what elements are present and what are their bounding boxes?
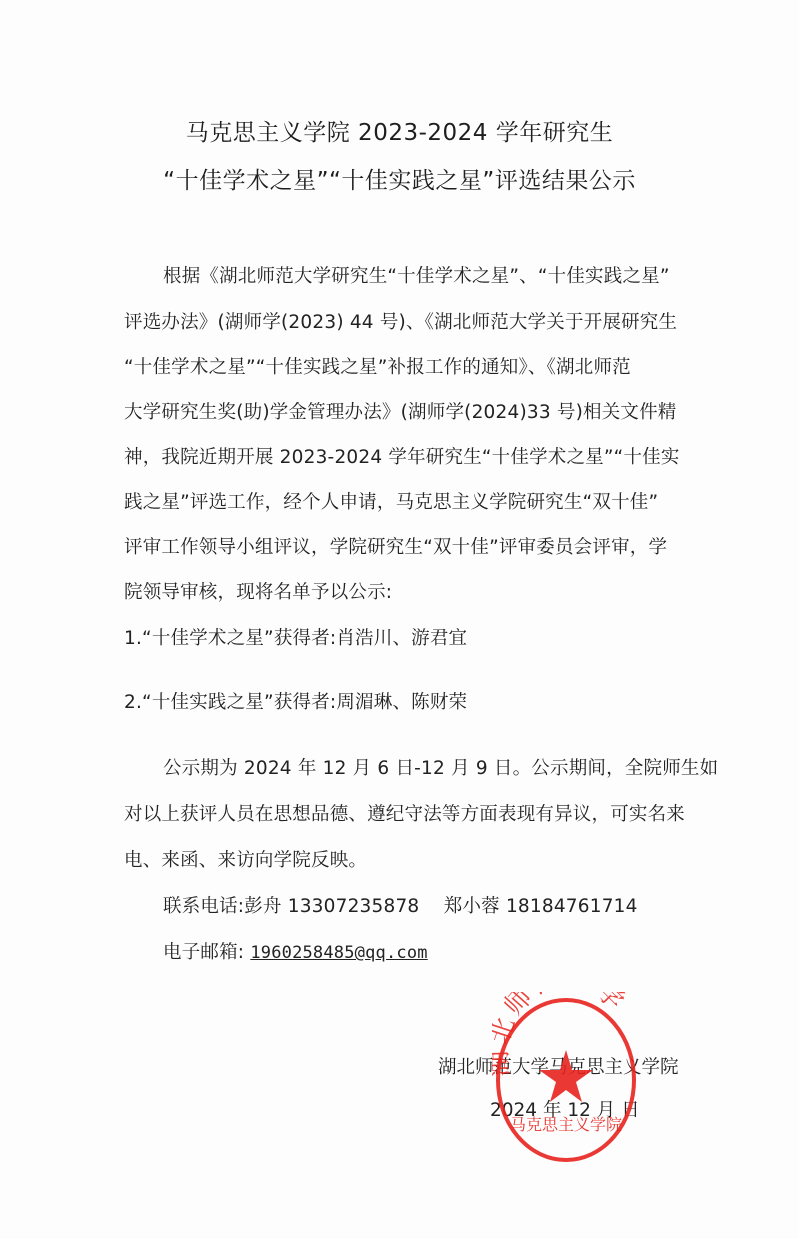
email-link[interactable]: 1960258485@qq.com <box>250 943 427 963</box>
signature-date: 2024 年 12 月 日 <box>490 1096 640 1122</box>
body-line: 院领导审核，现将名单予以公示: <box>124 578 684 604</box>
notice-page: 马克思主义学院 2023-2024 学年研究生 “十佳学术之星”“十佳实践之星”… <box>0 0 799 1239</box>
body-line: 根据《湖北师范大学研究生“十佳学术之星”、“十佳实践之星” <box>163 262 723 288</box>
contact-phone-line: 联系电话:彭舟 13307235878 郑小蓉 18184761714 <box>163 892 723 918</box>
contact-phone-1: 13307235878 <box>288 896 420 917</box>
signature-organization: 湖北师范大学马克思主义学院 <box>438 1053 679 1079</box>
contact-person-2: 郑小蓉 <box>444 896 500 917</box>
result-practice-star: 2.“十佳实践之星”获得者:周湄琳、陈财荣 <box>124 688 684 714</box>
phone-label: 联系电话: <box>163 896 244 917</box>
body-line: “十佳学术之星”“十佳实践之星”补报工作的通知》、《湖北师范 <box>124 353 684 379</box>
result-label: 1.“十佳学术之星”获得者: <box>124 628 336 649</box>
contact-phone-2: 18184761714 <box>506 896 638 917</box>
body-line: 神，我院近期开展 2023-2024 学年研究生“十佳学术之星”“十佳实 <box>124 443 684 469</box>
result-label: 2.“十佳实践之星”获得者: <box>124 692 336 713</box>
email-label: 电子邮箱: <box>163 942 250 963</box>
result-winners: 周湄琳、陈财荣 <box>336 692 467 713</box>
title-line-1: 马克思主义学院 2023-2024 学年研究生 <box>0 114 799 147</box>
contact-person-1: 彭舟 <box>244 896 281 917</box>
body-line: 践之星”评选工作，经个人申请，马克思主义学院研究生“双十佳” <box>124 488 684 514</box>
notice-line: 公示期为 2024 年 12 月 6 日-12 月 9 日。公示期间，全院师生如 <box>163 754 723 780</box>
notice-line: 电、来函、来访向学院反映。 <box>124 846 684 872</box>
notice-line: 对以上获评人员在思想品德、遵纪守法等方面表现有异议，可实名来 <box>124 800 684 826</box>
title-line-2: “十佳学术之星”“十佳实践之星”评选结果公示 <box>0 162 799 195</box>
result-winners: 肖浩川、游君宜 <box>336 628 467 649</box>
result-academic-star: 1.“十佳学术之星”获得者:肖浩川、游君宜 <box>124 624 684 650</box>
body-line: 大学研究生奖(助)学金管理办法》(湖师学(2024)33 号)相关文件精 <box>124 398 684 424</box>
body-line: 评审工作领导小组评议，学院研究生“双十佳”评审委员会评审，学 <box>124 533 684 559</box>
body-line: 评选办法》(湖师学(2023) 44 号)、《湖北师范大学关于开展研究生 <box>124 308 684 334</box>
contact-email-line: 电子邮箱: 1960258485@qq.com <box>163 938 723 964</box>
